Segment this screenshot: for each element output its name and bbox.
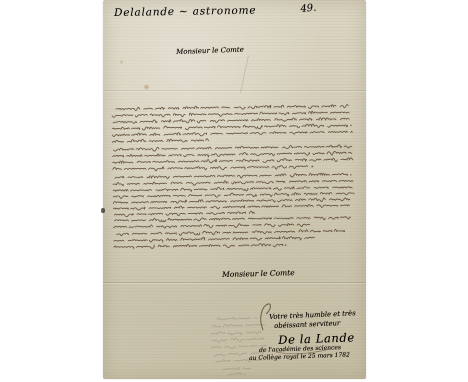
body-text-lines — [112, 104, 355, 249]
handwriting-line — [113, 186, 352, 193]
handwriting-line — [115, 216, 351, 223]
handwriting-line — [113, 191, 354, 198]
handwriting-line — [114, 223, 310, 230]
handwriting-line — [228, 372, 246, 375]
handwriting-line — [113, 157, 353, 164]
handwriting-line — [212, 337, 264, 342]
handwriting-line — [112, 139, 208, 144]
handwriting-line — [117, 229, 345, 236]
handwriting-line — [114, 236, 315, 243]
handwriting-line — [113, 198, 349, 205]
handwriting-line — [113, 117, 349, 124]
handwriting-line — [112, 111, 349, 118]
scanned-letter-stage: Delalande ~ astronome 49. Monsieur le Co… — [0, 0, 468, 382]
closing-salutation: Monsieur le Comte — [222, 268, 295, 279]
handwriting-line — [114, 145, 352, 152]
handwriting-line — [114, 243, 286, 249]
handwriting-line — [114, 211, 254, 217]
handwriting-line — [116, 104, 348, 111]
handwriting-line — [115, 173, 351, 180]
handwriting-layer — [0, 0, 468, 382]
handwriting-line — [113, 204, 349, 211]
handwriting-line — [217, 316, 257, 320]
handwriting-line — [112, 130, 352, 137]
handwriting-line — [223, 367, 251, 370]
handwriting-line — [212, 323, 264, 327]
handwriting-line — [112, 123, 351, 130]
handwriting-line — [211, 345, 266, 349]
handwriting-line — [113, 151, 352, 158]
handwriting-line — [113, 179, 353, 186]
handwriting-line — [113, 165, 313, 172]
handwriting-line — [211, 330, 262, 335]
